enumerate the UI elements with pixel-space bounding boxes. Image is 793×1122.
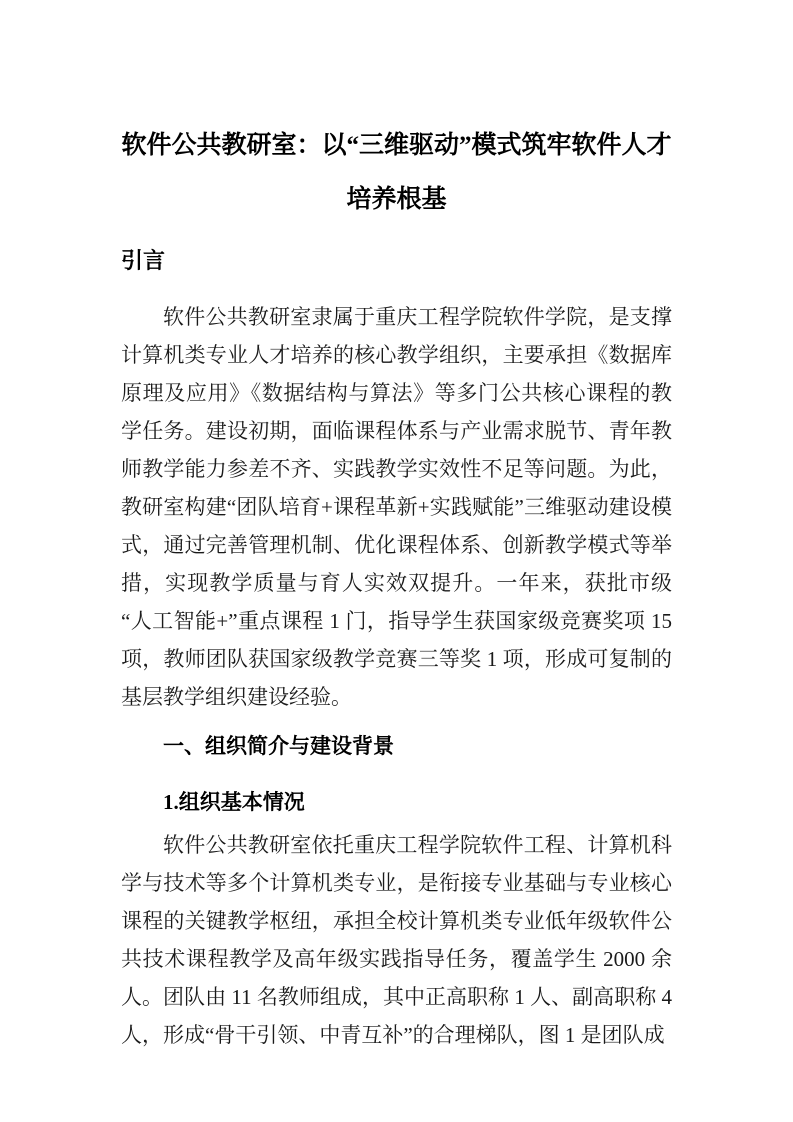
document-title-line-1: 软件公共教研室：以“三维驱动”模式筑牢软件人才 [121, 132, 671, 159]
document-page: 软件公共教研室：以“三维驱动”模式筑牢软件人才 培养根基 引言 软件公共教研室隶… [0, 0, 793, 1122]
section-1-paragraph: 软件公共教研室依托重庆工程学院软件工程、计算机科学与技术等多个计算机类专业，是衔… [121, 826, 672, 1054]
intro-heading: 引言 [121, 244, 672, 278]
document-content: 软件公共教研室：以“三维驱动”模式筑牢软件人才 培养根基 引言 软件公共教研室隶… [121, 0, 672, 1054]
section-1-heading: 一、组织简介与建设背景 [121, 730, 672, 762]
intro-paragraph: 软件公共教研室隶属于重庆工程学院软件学院，是支撑计算机类专业人才培养的核心教学组… [121, 298, 672, 716]
section-1-subheading: 1.组织基本情况 [121, 786, 672, 818]
document-title: 软件公共教研室：以“三维驱动”模式筑牢软件人才 培养根基 [121, 17, 672, 227]
document-title-line-2: 培养根基 [346, 186, 446, 213]
